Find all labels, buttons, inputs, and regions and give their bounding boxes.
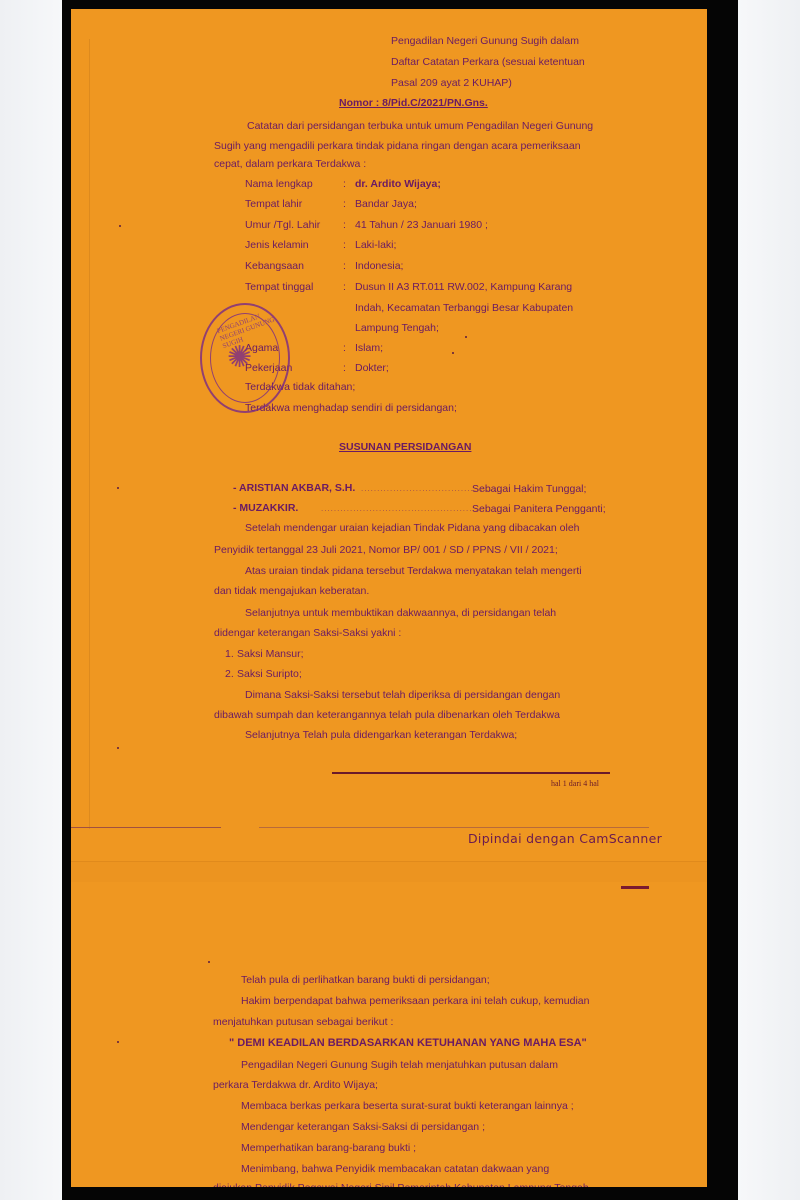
scan-speck: [117, 1041, 119, 1043]
value-umur: 41 Tahun / 23 Januari 1980 ;: [355, 219, 488, 231]
colon: :: [343, 198, 346, 210]
p2-para1-line-2: menjatuhkan putusan sebagai berikut :: [213, 1016, 393, 1028]
para5: Selanjutnya Telah pula didengarkan keter…: [245, 729, 517, 741]
value-tempat-tinggal-3: Lampung Tengah;: [355, 322, 439, 334]
label-umur: Umur /Tgl. Lahir: [245, 219, 320, 231]
label-kebangsaan: Kebangsaan: [245, 260, 304, 272]
scan-speck: [208, 961, 210, 963]
scan-speck: [465, 336, 467, 338]
scan-artifact-line: [71, 827, 221, 828]
value-agama: Islam;: [355, 342, 383, 354]
colon: :: [343, 178, 346, 190]
verdict-heading: " DEMI KEADILAN BERDASARKAN KETUHANAN YA…: [229, 1037, 587, 1049]
p2-item-1: Membaca berkas perkara beserta surat-sur…: [241, 1100, 574, 1112]
status-line-2: Terdakwa menghadap sendiri di persidanga…: [245, 402, 457, 414]
intro-line-1: Catatan dari persidangan terbuka untuk u…: [247, 120, 593, 132]
witness-1-name: Saksi Mansur;: [237, 648, 304, 660]
stamp-emblem-icon: ✺: [227, 340, 252, 375]
case-number: Nomor : 8/Pid.C/2021/PN.Gns.: [339, 97, 488, 109]
label-nama: Nama lengkap: [245, 178, 313, 190]
page-separator: [71, 861, 707, 883]
panel-judge-name: - ARISTIAN AKBAR, S.H.: [233, 482, 355, 494]
para3-line-2: didengar keterangan Saksi-Saksi yakni :: [214, 627, 401, 639]
intro-line-2: Sugih yang mengadili perkara tindak pida…: [214, 140, 620, 152]
stamp-text: PENGADILAN NEGERI GUNUNG SUGIH: [216, 304, 290, 350]
panel-clerk-dots: ........................................…: [321, 504, 489, 513]
p2-item-3: Memperhatikan barang-barang bukti ;: [241, 1142, 416, 1154]
scan-artifact-line: [259, 827, 649, 828]
p2-para2-line-2: perkara Terdakwa dr. Ardito Wijaya;: [213, 1079, 378, 1091]
scan-speck: [117, 747, 119, 749]
p2-para2-line-1: Pengadilan Negeri Gunung Sugih telah men…: [241, 1059, 558, 1071]
p2-para1-line-1: Hakim berpendapat bahwa pemeriksaan perk…: [241, 995, 589, 1007]
label-jenis-kelamin: Jenis kelamin: [245, 239, 309, 251]
camscanner-watermark: Dipindai dengan CamScanner: [468, 831, 662, 846]
colon: :: [343, 281, 346, 293]
para3-line-1: Selanjutnya untuk membuktikan dakwaannya…: [245, 607, 556, 619]
para2-line-2: dan tidak mengajukan keberatan.: [214, 585, 369, 597]
value-tempat-tinggal-1: Dusun II A3 RT.011 RW.002, Kampung Karan…: [355, 281, 572, 293]
witness-2-num: 2.: [225, 668, 234, 680]
document-page-1: Pengadilan Negeri Gunung Sugih dalam Daf…: [71, 9, 707, 861]
colon: :: [343, 239, 346, 251]
p2-para3-line-2: diajukan Penyidik Pegawai Negeri Sipil P…: [213, 1182, 589, 1187]
para1-line-2: Penyidik tertanggal 23 Juli 2021, Nomor …: [214, 544, 558, 556]
value-tempat-lahir: Bandar Jaya;: [355, 198, 417, 210]
document-page-2: Telah pula di perlihatkan barang bukti d…: [71, 882, 707, 1187]
header-line-3: Pasal 209 ayat 2 KUHAP): [391, 77, 512, 89]
para4-line-1: Dimana Saksi-Saksi tersebut telah diperi…: [245, 689, 560, 701]
para4-line-2: dibawah sumpah dan keterangannya telah p…: [214, 709, 560, 721]
header-line-2: Daftar Catatan Perkara (sesuai ketentuan: [391, 56, 585, 68]
value-jenis-kelamin: Laki-laki;: [355, 239, 396, 251]
witness-2-name: Saksi Suripto;: [237, 668, 302, 680]
panel-judge-role: Sebagai Hakim Tunggal;: [472, 483, 586, 495]
value-tempat-tinggal-2: Indah, Kecamatan Terbanggi Besar Kabupat…: [355, 302, 573, 314]
value-kebangsaan: Indonesia;: [355, 260, 403, 272]
footer-rule: [332, 772, 610, 774]
para1-line-1: Setelah mendengar uraian kejadian Tindak…: [245, 522, 580, 534]
p2-item-2: Mendengar keterangan Saksi-Saksi di pers…: [241, 1121, 485, 1133]
intro-line-2-text: Sugih yang mengadili perkara tindak pida…: [214, 140, 581, 152]
intro-line-3: cepat, dalam perkara Terdakwa :: [214, 158, 366, 170]
p2-line-1: Telah pula di perlihatkan barang bukti d…: [241, 974, 490, 986]
colon: :: [343, 219, 346, 231]
witness-1-num: 1.: [225, 648, 234, 660]
colon: :: [343, 342, 346, 354]
p2-para3-line-1: Menimbang, bahwa Penyidik membacakan cat…: [241, 1163, 549, 1175]
value-nama: dr. Ardito Wijaya;: [355, 178, 441, 190]
section-title: SUSUNAN PERSIDANGAN: [339, 441, 471, 453]
scan-edge-line: [89, 39, 90, 829]
panel-clerk-name: - MUZAKKIR.: [233, 502, 298, 514]
scan-speck: [117, 487, 119, 489]
panel-clerk-role: Sebagai Panitera Pengganti;: [472, 503, 606, 515]
label-tempat-lahir: Tempat lahir: [245, 198, 302, 210]
colon: :: [343, 260, 346, 272]
scan-artifact-mark: [621, 886, 649, 889]
para2-line-1: Atas uraian tindak pidana tersebut Terda…: [245, 565, 582, 577]
page-number: hal 1 dari 4 hal: [551, 779, 599, 788]
colon: :: [343, 362, 346, 374]
value-pekerjaan: Dokter;: [355, 362, 389, 374]
court-stamp: PENGADILAN NEGERI GUNUNG SUGIH ✺: [200, 303, 290, 413]
scan-speck: [452, 352, 454, 354]
scan-speck: [119, 225, 121, 227]
header-line-1: Pengadilan Negeri Gunung Sugih dalam: [391, 35, 579, 47]
label-tempat-tinggal: Tempat tinggal: [245, 281, 313, 293]
